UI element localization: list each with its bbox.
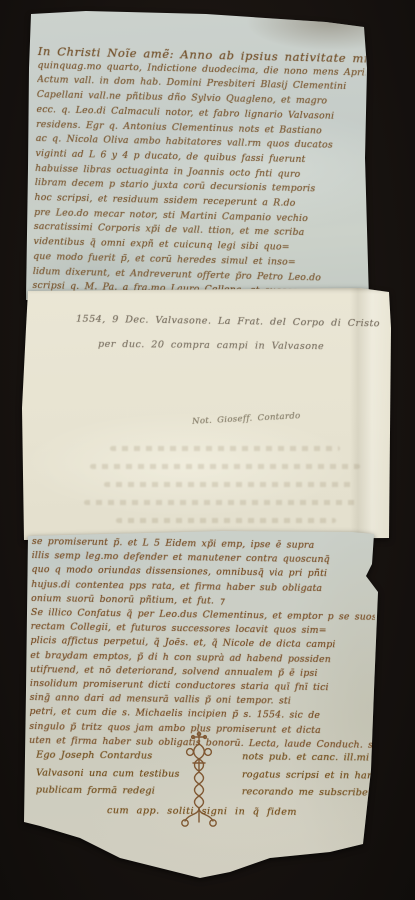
manuscript-photo: In Christi Noĩe amẽ: Anno ab ipsius nati… — [0, 0, 415, 900]
parchment-bottom-section: se promiserunt p̃. et L 5 Eidem xp̃i emp… — [22, 530, 382, 885]
parchment-top-surface: In Christi Noĩe amẽ: Anno ab ipsius nati… — [26, 8, 372, 300]
subscription-line-left: publicam formā redegi — [36, 782, 194, 801]
archival-note-sheet: 1554, 9 Dec. Valvasone. La Frat. del Cor… — [20, 288, 392, 540]
archival-note-line1: 1554, 9 Dec. Valvasone. La Frat. del Cor… — [76, 314, 380, 330]
parchment-bottom-surface: se promiserunt p̃. et L 5 Eidem xp̃i emp… — [22, 530, 382, 885]
bottom-manuscript-text: se promiserunt p̃. et L 5 Eidem xp̃i emp… — [29, 535, 376, 753]
show-through-ghost-line — [110, 446, 340, 451]
parchment-top-section: In Christi Noĩe amẽ: Anno ab ipsius nati… — [26, 8, 372, 300]
show-through-ghost-line — [90, 464, 360, 469]
subscription-line-right: nots pub. et canc. ill.mi sche — [194, 748, 372, 767]
show-through-ghost-line — [104, 482, 354, 487]
archival-note-line2: per duc. 20 compra campi in Valvasone — [98, 339, 324, 352]
subscription-line-right: rogatus scripsi et in hanc — [194, 765, 372, 784]
show-through-ghost-line — [116, 518, 336, 523]
notary-signature: Not. Gioseff. Contardo — [192, 411, 301, 427]
subscription-line-right: recorando me subscribens — [194, 783, 372, 802]
top-manuscript-text: In Christi Noĩe amẽ: Anno ab ipsius nati… — [32, 44, 366, 307]
subscription-line-left: Ego Joseph Contardus — [36, 747, 194, 766]
note-sheet-surface: 1554, 9 Dec. Valvasone. La Frat. del Cor… — [20, 288, 392, 540]
show-through-ghost-line — [84, 500, 360, 505]
subscription-line-left: Valvasoni una cum testibus — [36, 764, 194, 783]
closing-attestation-line: cum app. soliti signi in q̃ fidem — [22, 804, 382, 818]
